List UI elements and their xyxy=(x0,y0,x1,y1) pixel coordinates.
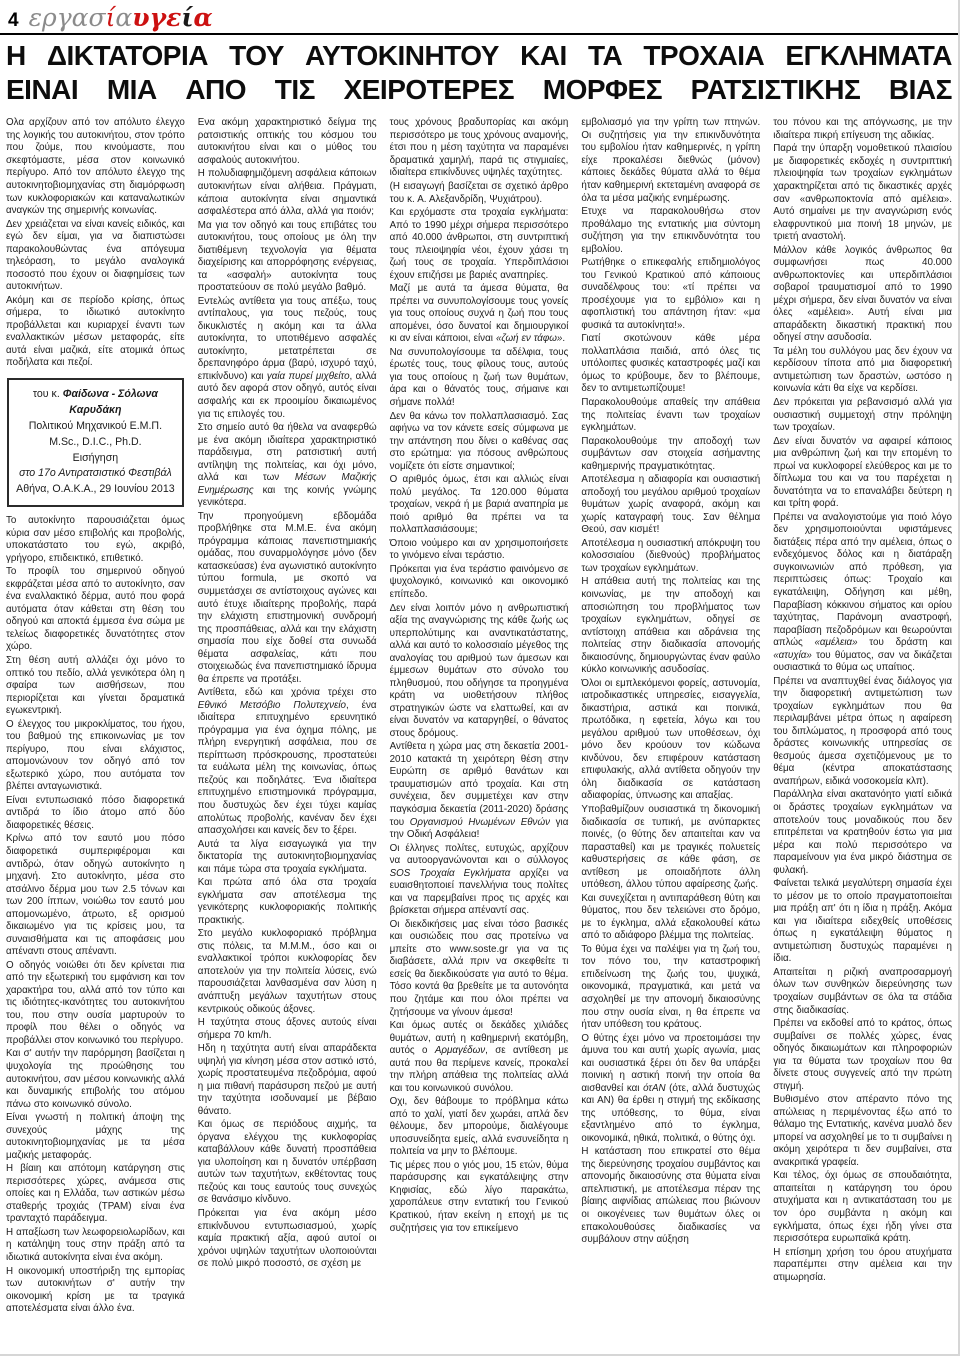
paragraph: Και σ' αυτήν την παρόρμηση βασίζεται η ψ… xyxy=(6,1048,185,1111)
newsletter-page: 4 εργασίαυγεία ΗΔΙΚΤΑΤΟΡΙΑΤΟΥΑΥΤΟΚΙΝΗΤΟΥ… xyxy=(0,0,960,1356)
author-title: Πολιτικού Μηχανικού Ε.Μ.Π. xyxy=(12,419,179,435)
paragraph: Πρόκειται για ένα τεράστιο φαινόμενο σε … xyxy=(390,564,569,602)
paragraph: Εντελώς αντίθετα για τους απέξω, τους αν… xyxy=(198,296,377,421)
column-4: εμβολιασμό για την γρίπη των πτηνών. Οι … xyxy=(581,117,760,1355)
paragraph: Βυθισμένο στον απέραντο πόνο της απώλεια… xyxy=(773,1094,952,1169)
column-1-rest: Το αυτοκίνητο παρουσιάζεται όμως κύρια σ… xyxy=(6,515,185,1315)
paragraph: Παρά την ύπαρξη νομοθετικού πλαισίου με … xyxy=(773,143,952,243)
logo-text-i: ί xyxy=(106,3,116,32)
presentation-label: Εισήγηση xyxy=(12,451,179,467)
column-2: Ενα ακόμη χαρακτηριστικό δείγμα της ρατσ… xyxy=(198,117,377,1355)
paragraph: Και όμως αυτές οι δεκάδες χιλιάδες θυμάτ… xyxy=(390,1020,569,1095)
paragraph: Δεν είναι λοιπόν μόνο η ανθρωπιστική αξί… xyxy=(390,603,569,741)
author-box: του κ. Φαίδωνα - Σόλωνα Καρυδάκη Πολιτικ… xyxy=(7,378,184,507)
paragraph: Η απάθεια αυτή της πολιτείας και της κοι… xyxy=(581,576,760,676)
headline-line1: ΗΔΙΚΤΑΤΟΡΙΑΤΟΥΑΥΤΟΚΙΝΗΤΟΥΚΑΙΤΑΤΡΟΧΑΙΑΕΓΚ… xyxy=(6,39,952,73)
paragraph: Ακόμη και σε περίοδο κρίσης, όπως σήμερα… xyxy=(6,295,185,370)
paragraph: Η απαξίωση των λεωφορειολωρίδων, και η κ… xyxy=(6,1227,185,1265)
paragraph: Το αυτοκίνητο παρουσιάζεται όμως κύρια σ… xyxy=(6,515,185,565)
festival-name: στο 17ο Αντιρατσιστικό Φεστιβάλ xyxy=(12,466,179,482)
paragraph: Ενα ακόμη χαρακτηριστικό δείγμα της ρατσ… xyxy=(198,117,377,167)
paragraph: Όποιο νούμερο και αν χρησιμοποιήσετε το … xyxy=(390,538,569,563)
paragraph: Και ερχόμαστε στα τροχαία εγκλήματα: Από… xyxy=(390,207,569,282)
paragraph: Οχι, δεν θάβουμε το πρόβλημα κάτω από το… xyxy=(390,1096,569,1159)
article-columns: Ολα αρχίζουν από τον απόλυτο έλεγχο της … xyxy=(0,117,958,1355)
paragraph: Είναι εντυπωσιακό πόσο διαφορετικά αντιδ… xyxy=(6,795,185,833)
column-1: Ολα αρχίζουν από τον απόλυτο έλεγχο της … xyxy=(6,117,185,1355)
paragraph: Αντίθετα, εδώ και χρόνια τρέχει στο Εθνι… xyxy=(198,687,377,837)
paragraph: Ο οδηγός νοιώθει ότι δεν κρίνεται πια απ… xyxy=(6,960,185,1048)
headline-line2: ΕΙΝΑΙΜΙΑΑΠΟΤΙΣΧΕΙΡΟΤΕΡΕΣΜΟΡΦΕΣΡΑΤΣΙΣΤΙΚΗ… xyxy=(6,73,952,107)
paragraph: Πρέπει να αναπτυχθεί ένας διάλογος για τ… xyxy=(773,676,952,789)
masthead-divider xyxy=(0,33,958,35)
paragraph: Η κατάσταση που επικρατεί στο θέμα της δ… xyxy=(581,1146,760,1246)
paragraph: Ολα αρχίζουν από τον απόλυτο έλεγχο της … xyxy=(6,117,185,217)
paragraph: Ετυχε να παρακολουθήσω στον προθάλαμο τη… xyxy=(581,206,760,256)
paragraph: Γιατί σκοτώνουν κάθε μέρα πολλαπλάσια πα… xyxy=(581,333,760,396)
logo-text-a: α xyxy=(115,3,132,32)
paragraph: Δεν είναι δυνατόν να αφαιρεί κάποιος μια… xyxy=(773,436,952,511)
headline: ΗΔΙΚΤΑΤΟΡΙΑΤΟΥΑΥΤΟΚΙΝΗΤΟΥΚΑΙΤΑΤΡΟΧΑΙΑΕΓΚ… xyxy=(6,39,952,107)
paragraph: Μάλλον κάθε λογικός άνθρωπος θα συμφωνήσ… xyxy=(773,245,952,345)
column-3: τους χρόνους βραδυπορίας και ακόμη περισ… xyxy=(390,117,569,1355)
paragraph: Ρωτήθηκε ο επικεφαλής επιδημιολόγος του … xyxy=(581,257,760,332)
logo-text-ergas: εργασ xyxy=(29,3,106,32)
paragraph: Παρακολουθούμε την αποδοχή των συμβάντων… xyxy=(581,436,760,474)
paragraph: Παρακολουθούμε απαθείς την απάθεια της π… xyxy=(581,397,760,435)
paragraph: Ο θύτης έχει μόνο να προετοιμάσει την άμ… xyxy=(581,1033,760,1146)
paragraph: Φαίνεται τελικά μεγαλύτερη σημασία έχει … xyxy=(773,878,952,966)
paragraph: Η οικονομική υποστήριξη της εμπορίας των… xyxy=(6,1266,185,1316)
paragraph: Είναι γνωστή η πολιτική άποψη της συνεχο… xyxy=(6,1112,185,1162)
paragraph: Δεν θα κάνω τον πολλαπλασιασμό. Σας αφήν… xyxy=(390,411,569,474)
page-number: 4 xyxy=(8,10,19,32)
paragraph: Κρίνω από τον εαυτό μου πόσο διαφορετικά… xyxy=(6,833,185,958)
paragraph: Και πρώτα από όλα στα τροχαία εγκλήματα … xyxy=(198,877,377,927)
paragraph: Πρέπει να εκδοθεί από το κράτος, όπως συ… xyxy=(773,1018,952,1093)
paragraph: Η ταχύτητα στους άξονες αυτούς είναι σήμ… xyxy=(198,1017,377,1042)
paragraph: Μαζί με αυτά τα άμεσα θύματα, θα πρέπει … xyxy=(390,283,569,346)
column-5-text: του πόνου και της απόγνωσης, με την ιδια… xyxy=(773,117,952,1284)
paragraph: Στο μεγάλο κυκλοφοριακό πρόβλημα στις πό… xyxy=(198,928,377,1016)
paragraph: Πρέπει να αναλογιστούμε για ποιό λόγο δε… xyxy=(773,512,952,675)
paragraph: Μα για τον οδηγό και τους επιβάτες του α… xyxy=(198,220,377,295)
author-prefix: του κ. xyxy=(33,388,60,400)
paragraph: Το προφίλ του σημερινού οδηγού εκφράζετα… xyxy=(6,566,185,654)
paragraph: Στη θέση αυτή αλλάζει όχι μόνο το οπτικό… xyxy=(6,655,185,718)
paragraph: τους χρόνους βραδυπορίας και ακόμη περισ… xyxy=(390,117,569,180)
column-5: του πόνου και της απόγνωσης, με την ιδια… xyxy=(773,117,952,1355)
paragraph: Αποτέλεσμα η ουσιαστική απόκρυψη του κολ… xyxy=(581,538,760,576)
paragraph: Αντίθετα η χώρα μας στη δεκαετία 2001-20… xyxy=(390,741,569,841)
paragraph: Τις μέρες που ο γιός μου, 15 ετών, θύμα … xyxy=(390,1160,569,1235)
paragraph: Η βίαιη και απότομη κατάργηση στις περισ… xyxy=(6,1163,185,1226)
paragraph: (Η εισαγωγή βασίζεται σε σχετικό άρθρο τ… xyxy=(390,181,569,206)
paragraph: Υποβαθμίζουν ουσιαστικά τη δικονομική δι… xyxy=(581,804,760,892)
event-place-date: Αθήνα, Ο.Α.Κ.Α., 29 Ιουνίου 2013 xyxy=(12,482,179,498)
paragraph: Αυτά τα λίγα εισαγωγικά για την δικτατορ… xyxy=(198,839,377,877)
paragraph: του πόνου και της απόγνωσης, με την ιδια… xyxy=(773,117,952,142)
paragraph: Όλοι οι εμπλεκόμενοι φορείς, αστυνομία, … xyxy=(581,678,760,803)
paragraph: Και συνεχίζεται η αντιπαράθεση θύτη και … xyxy=(581,893,760,943)
column-1-top: Ολα αρχίζουν από τον απόλυτο έλεγχο της … xyxy=(6,117,185,370)
paragraph: Τα μέλη του συλλόγου μας δεν έχουν να κε… xyxy=(773,346,952,396)
column-2-text: Ενα ακόμη χαρακτηριστικό δείγμα της ρατσ… xyxy=(198,117,377,1270)
author-byline: του κ. Φαίδωνα - Σόλωνα Καρυδάκη xyxy=(12,387,179,419)
masthead: 4 εργασίαυγεία xyxy=(0,0,958,32)
paragraph: Η πολυδιαφημιζόμενη ασφάλεια κάποιων αυτ… xyxy=(198,168,377,218)
newsletter-logo: εργασίαυγεία xyxy=(29,3,213,32)
author-degrees: M.Sc., D.I.C., Ph.D. xyxy=(12,435,179,451)
paragraph: εμβολιασμό για την γρίπη των πτηνών. Οι … xyxy=(581,117,760,205)
paragraph: Στο σημείο αυτό θα ήθελα να αναφερθώ με … xyxy=(198,422,377,510)
author-name: Φαίδωνα - Σόλωνα Καρυδάκη xyxy=(63,388,158,416)
paragraph: Οι διεκδικήσεις μας είναι τόσο βασικές κ… xyxy=(390,919,569,1019)
paragraph: Πρόκειται για ένα ακόμη μέσο επικίνδυνου… xyxy=(198,1208,377,1271)
paragraph: Δεν χρειάζεται να είναι κανείς ειδικός, … xyxy=(6,219,185,294)
paragraph: Οι έλληνες πολίτες, ευτυχώς, αρχίζουν να… xyxy=(390,843,569,918)
logo-text-ygeia: υγεία xyxy=(132,3,212,32)
paragraph: Αποτέλεσμα η αδιαφορία και ουσιαστική απ… xyxy=(581,474,760,537)
paragraph: Απαιτείται η ριζική αναπροσαρμογή όλων τ… xyxy=(773,967,952,1017)
paragraph: Την προηγούμενη εβδομάδα προβλήθηκε στα … xyxy=(198,511,377,686)
column-4-text: εμβολιασμό για την γρίπη των πτηνών. Οι … xyxy=(581,117,760,1246)
paragraph: Και όμως σε περιόδους αιχμής, τα όργανα … xyxy=(198,1119,377,1207)
paragraph: Και τέλος, όχι όμως σε σπουδαιότητα, απα… xyxy=(773,1170,952,1245)
paragraph: Ηδη η ταχύτητα αυτή είναι απαράδεκτα υψη… xyxy=(198,1043,377,1118)
paragraph: Η επίσημη χρήση του όρου ατυχήματα παραπ… xyxy=(773,1247,952,1285)
paragraph: Παράλληλα είναι ακατανόητο γιατί ειδικά … xyxy=(773,789,952,877)
column-3-text: τους χρόνους βραδυπορίας και ακόμη περισ… xyxy=(390,117,569,1235)
paragraph: Το θύμα έχει να παλέψει για τη ζωή του, … xyxy=(581,944,760,1032)
paragraph: Να συνυπολογίσουμε τα αδέλφια, τους έρωτ… xyxy=(390,347,569,410)
paragraph: Δεν πρόκειται για ρεβανσισμό αλλά για ου… xyxy=(773,397,952,435)
paragraph: Ο έλεγχος του μικροκλίματος, του ήχου, τ… xyxy=(6,719,185,794)
paragraph: Ο αριθμός όμως, έτσι και αλλιώς είναι πο… xyxy=(390,474,569,537)
